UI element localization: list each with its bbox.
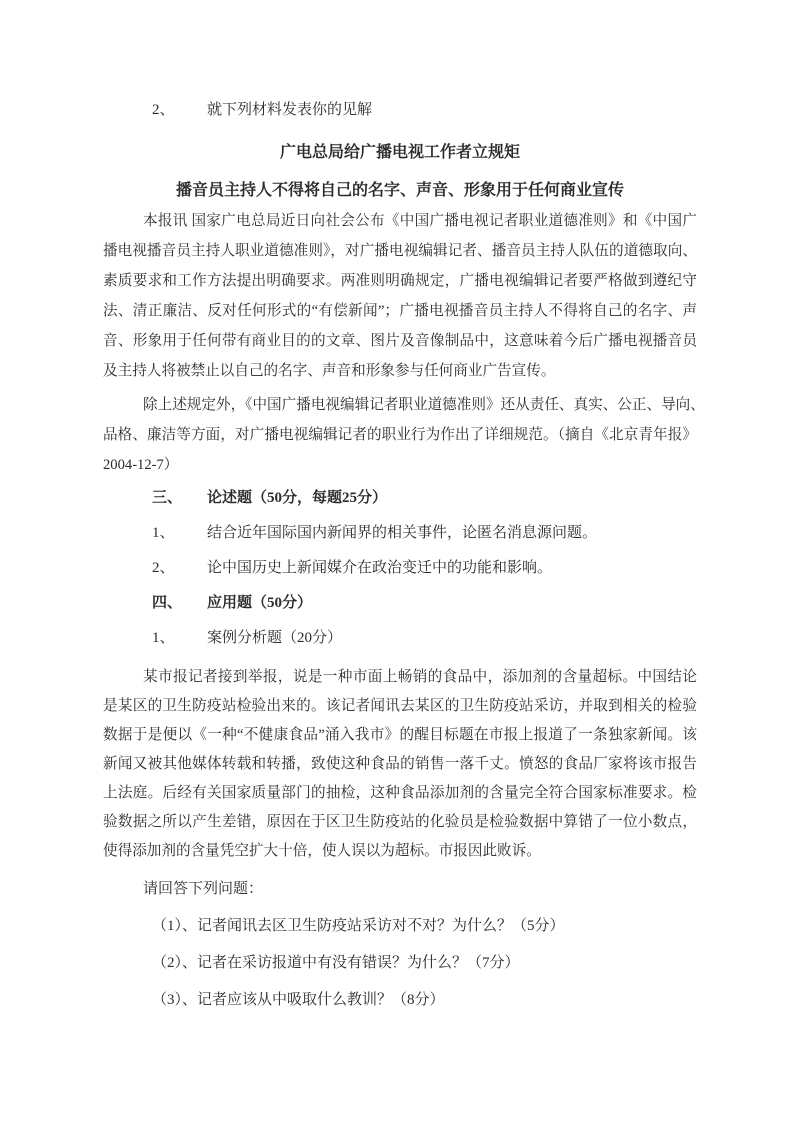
text-line: 上法庭。后经有关国家质量部门的抽检，这种食品添加剂的含量完全符合国家标准要求。检 — [103, 779, 697, 808]
item-number: 2、 — [152, 95, 207, 125]
exam-item-2: 2、就下列材料发表你的见解 — [103, 95, 697, 125]
section-number: 四、 — [152, 588, 207, 618]
section-number: 三、 — [152, 483, 207, 513]
text-line: 本报讯 国家广电总局近日向社会公布《中国广播电视记者职业道德准则》和《中国广 — [103, 206, 697, 236]
item-text: 就下列材料发表你的见解 — [207, 102, 372, 118]
section-4-heading: 四、应用题（50分） — [103, 588, 697, 618]
section-title: 应用题（50分） — [207, 595, 312, 611]
text-line: 数据于是便以《一种“不健康食品”涌入我市》的醒目标题在市报上报道了一条独家新闻。… — [103, 721, 697, 750]
text-line: 某市报记者接到举报，说是一种市面上畅销的食品中，添加剂的含量超标。中国结论 — [103, 663, 697, 692]
text-line: 2004-12-7） — [103, 450, 697, 480]
document-content: 2、就下列材料发表你的见解 广电总局给广播电视工作者立规矩 播音员主持人不得将自… — [103, 95, 697, 1015]
text-line: 品格、廉洁等方面，对广播电视编辑记者的职业行为作出了详细规范。（摘自《北京青年报… — [103, 420, 697, 450]
article-paragraph-2: 除上述规定外，《中国广播电视编辑记者职业道德准则》还从责任、真实、公正、导向、品… — [103, 390, 697, 480]
text-line: 音、形象用于任何带有商业目的的文章、图片及音像制品中，这意味着今后广播电视播音员 — [103, 326, 697, 356]
item-text: 论中国历史上新闻媒介在政治变迁中的功能和影响。 — [207, 560, 552, 576]
text-line: 是某区的卫生防疫站检验出来的。该记者闻讯去某区的卫生防疫站采访，并取到相关的检验 — [103, 692, 697, 721]
text-line: 法、清正廉洁、反对任何形式的“有偿新闻”；广播电视播音员主持人不得将自己的名字、… — [103, 296, 697, 326]
article-title-main: 广电总局给广播电视工作者立规矩 — [103, 138, 697, 168]
text-line: 除上述规定外，《中国广播电视编辑记者职业道德准则》还从责任、真实、公正、导向、 — [103, 390, 697, 420]
section-3-item-2: 2、论中国历史上新闻媒介在政治变迁中的功能和影响。 — [103, 553, 697, 583]
text-line: 及主持人将被禁止以自己的名字、声音和形象参与任何商业广告宣传。 — [103, 356, 697, 386]
text-line: 使得添加剂的含量凭空扩大十倍，使人误以为超标。市报因此败诉。 — [103, 837, 697, 866]
text-line: 验数据之所以产生差错，原因在于区卫生防疫站的化验员是检验数据中算错了一位小数点， — [103, 808, 697, 837]
answer-prompt: 请回答下列问题： — [103, 874, 697, 904]
sub-question-line: （2）、记者在采访报道中有没有错误？为什么？（7分） — [103, 948, 697, 978]
sub-question-list: （1）、记者闻讯去区卫生防疫站采访对不对？为什么？（5分）（2）、记者在采访报道… — [103, 911, 697, 1015]
item-number: 1、 — [152, 623, 207, 653]
sub-question-line: （3）、记者应该从中吸取什么教训？（8分） — [103, 985, 697, 1015]
section-title: 论述题（50分，每题25分） — [207, 490, 387, 506]
case-analysis-paragraph: 某市报记者接到举报，说是一种市面上畅销的食品中，添加剂的含量超标。中国结论是某区… — [103, 663, 697, 866]
section-4-item-1: 1、案例分析题（20分） — [103, 623, 697, 653]
item-text: 案例分析题（20分） — [207, 630, 342, 646]
sub-question-line: （1）、记者闻讯去区卫生防疫站采访对不对？为什么？（5分） — [103, 911, 697, 941]
text-line: 新闻又被其他媒体转载和转播，致使这种食品的销售一落千丈。愤怒的食品厂家将该市报告 — [103, 750, 697, 779]
article-paragraph-1: 本报讯 国家广电总局近日向社会公布《中国广播电视记者职业道德准则》和《中国广播电… — [103, 206, 697, 386]
item-text: 结合近年国际国内新闻界的相关事件，论匿名消息源问题。 — [207, 525, 597, 541]
section-3-heading: 三、论述题（50分，每题25分） — [103, 483, 697, 513]
item-number: 2、 — [152, 553, 207, 583]
section-3-item-1: 1、结合近年国际国内新闻界的相关事件，论匿名消息源问题。 — [103, 518, 697, 548]
article-title-sub: 播音员主持人不得将自己的名字、声音、形象用于任何商业宣传 — [103, 176, 697, 206]
document-page: 2、就下列材料发表你的见解 广电总局给广播电视工作者立规矩 播音员主持人不得将自… — [0, 0, 800, 1124]
item-number: 1、 — [152, 518, 207, 548]
text-line: 播电视播音员主持人职业道德准则》，对广播电视编辑记者、播音员主持人队伍的道德取向… — [103, 236, 697, 266]
text-line: 素质要求和工作方法提出明确要求。两准则明确规定，广播电视编辑记者要严格做到遵纪守 — [103, 266, 697, 296]
